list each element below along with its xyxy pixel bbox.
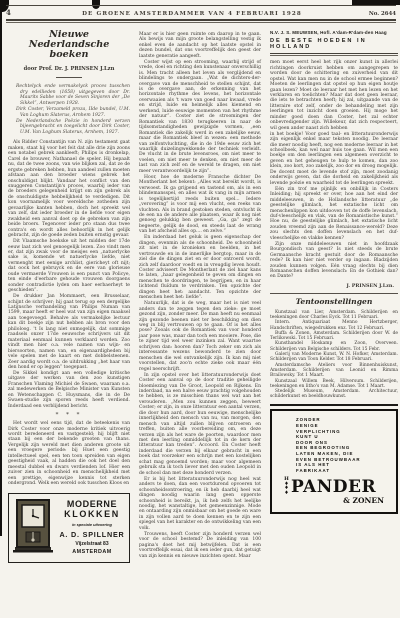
paragraph: Coster wijst op een strooming, waarbij s…: [139, 60, 261, 175]
bibliography-entry: De Nederlandsche Poëzie in honderd verze…: [16, 119, 130, 135]
thick-rule: [270, 404, 398, 407]
paragraph: Er is bij het litteratuuronderwijs nog h…: [139, 477, 261, 532]
pander-brand-name: PANDER: [291, 480, 376, 495]
pander-ornament-icon: H♦♦♦: [282, 477, 291, 495]
exhibition-item: Stedelijk Museum, Amsterdam. Architectuu…: [270, 389, 398, 400]
paragraph: De Sikkel kondigt aan een volledige krit…: [8, 371, 130, 409]
ad-clock-text: MODERNE KLOKKEN in speciale uitvoering A…: [58, 500, 126, 555]
page-header: 4 DE GROENE AMSTERDAMMER VAN 4 FEBRUARI …: [6, 5, 396, 23]
ad-clock-word-klokken: KLOKKEN: [58, 510, 126, 520]
section-rule: [270, 293, 398, 294]
ad-meuwsen-hats[interactable]: N.V. J. S. MEUWSEN, Hofl. A'dam-R'dam-de…: [270, 30, 398, 56]
paragraph: Het wordt wel eens tijd, dat de beteeken…: [8, 421, 130, 486]
bibliography-block: Rechtelyck ende vermakelyck proces tussc…: [8, 84, 130, 135]
ad-clock-tagline: in speciale uitvoering: [58, 522, 126, 527]
column-middle: Maar er is hier geen ruimte om daarop in…: [139, 26, 261, 563]
ad-hats-merchant: N.V. J. S. MEUWSEN, Hofl. A'dam-R'dam-de…: [270, 30, 398, 35]
header-rule-heavy: [6, 19, 396, 21]
bibliography-entry: Dirk Coster, Verzameld proza, IIde bunde…: [16, 107, 130, 118]
ad-pander-zonen[interactable]: ZONDER EENIGE VERPLICHTING KUNT U DOOR O…: [270, 409, 398, 514]
mantel-clock-image: [12, 498, 54, 558]
column-left: Nieuwe Nederlandsche boeken door Prof. D…: [8, 26, 130, 563]
middle-body-text: Maar er is hier geen ruimte om daarop in…: [139, 32, 261, 559]
article-columns: Nieuwe Nederlandsche boeken door Prof. D…: [8, 26, 398, 563]
paragraph: men moet eerst heel het rijk onzer kunst…: [270, 60, 398, 131]
ad-clock-street: Vijzelstraat 83: [58, 541, 126, 547]
ad-pander-claim: ZONDER EENIGE VERPLICHTING KUNT U DOOR O…: [282, 417, 390, 473]
exhibition-item: Kunsthandel Hoskamp en Zoon, Overveen. S…: [270, 341, 398, 352]
paragraph: Maar er is hier geen ruimte om daarop in…: [139, 32, 261, 59]
ad-clock-city: AMSTERDAM: [58, 549, 126, 555]
paragraph: Dit Vlaamsche boekske uit het midden der…: [8, 239, 130, 294]
exhibition-item: Buffa & Zonen, Amsterdam. Schilderijen d…: [270, 331, 398, 342]
ad-clock-merchant: A. D. SPILLNER: [58, 530, 126, 539]
paragraph: Als Ridder Constantijn van N. zijn testa…: [8, 140, 130, 238]
exhibitions-title: Tentoonstellingen: [270, 297, 398, 306]
exhibition-item: Amsterdamsche Ateliers voor Binnenhuisku…: [270, 363, 398, 379]
ad-spillner-clocks[interactable]: MODERNE KLOKKEN in speciale uitvoering A…: [8, 493, 130, 563]
pander-logo: H♦♦♦ PANDER: [282, 477, 390, 495]
scan-artifact-left-edge: [0, 0, 2, 536]
exhibition-item: Kunstzaal Willem Beek, Hilversum. Schild…: [270, 379, 398, 390]
author-signature: J. PRINSEN J.Lzn.: [270, 283, 398, 289]
article-byline: door Prof. Dr. J. PRINSEN J.Lzn: [8, 66, 130, 72]
paragraph: in het boekje! Voor goed taal- en litter…: [270, 132, 398, 187]
byline-rule: [56, 77, 82, 78]
article-headline: Nieuwe Nederlandsche boeken: [8, 30, 130, 60]
paragraph: Trouwens, heeft Coster zijn honderd verz…: [139, 532, 261, 559]
exhibitions-list: Kunstzaal van Lier, Amsterdam. Schilderi…: [270, 310, 398, 400]
ad-hats-rules: [270, 53, 398, 57]
masthead-title: DE GROENE AMSTERDAMMER VAN 4 FEBRUARI 19…: [40, 11, 344, 17]
section-divider: * * *: [8, 412, 130, 419]
paragraph: En inderdaad het geluk is geen eigenscha…: [139, 235, 261, 300]
header-rule-thin: [6, 22, 396, 23]
paragraph: In zijn opstel over het litteratuuronder…: [139, 373, 261, 477]
exhibition-item: Kunstzaal van Lier, Amsterdam. Schilderi…: [270, 310, 398, 321]
paragraph: De drukker Jan Mommaert, een Brusselaar,…: [8, 294, 130, 370]
right-body-text: men moet eerst heel het rijk onzer kunst…: [270, 60, 398, 280]
paragraph: Eén zin trof me pijnlijk en onbillijk in…: [270, 187, 398, 242]
bibliography-entry: Rechtelyck ende vermakelyck proces tussc…: [16, 84, 130, 106]
column-right: N.V. J. S. MEUWSEN, Hofl. A'dam-R'dam-de…: [270, 26, 398, 563]
issue-number: No. 2644: [344, 11, 396, 17]
page-number: 4: [6, 8, 40, 17]
paragraph: Natuurlijk, dat is de weg, maar het is n…: [139, 301, 261, 372]
exhibition-item: Intern. Antiquariaat Menno Hertzberger, …: [270, 320, 398, 331]
ad-hats-slogan: DE BESTE HOEDEN IN HOLLAND: [270, 38, 398, 50]
pander-brand-suffix: & ZONEN: [282, 496, 384, 505]
exhibition-item: Galerij van Moderne Kunst, W. N. Hofker,…: [270, 352, 398, 363]
paragraph: Zijn onze middeleeuwen niet in hoofdzaak…: [270, 242, 398, 280]
paragraph: Hoor, hoe de moderne Fransche dichter De…: [139, 175, 261, 235]
left-body-text: Als Ridder Constantijn van N. zijn testa…: [8, 140, 130, 486]
ad-pander-claim-line: FABRIKAAT: [296, 468, 390, 474]
